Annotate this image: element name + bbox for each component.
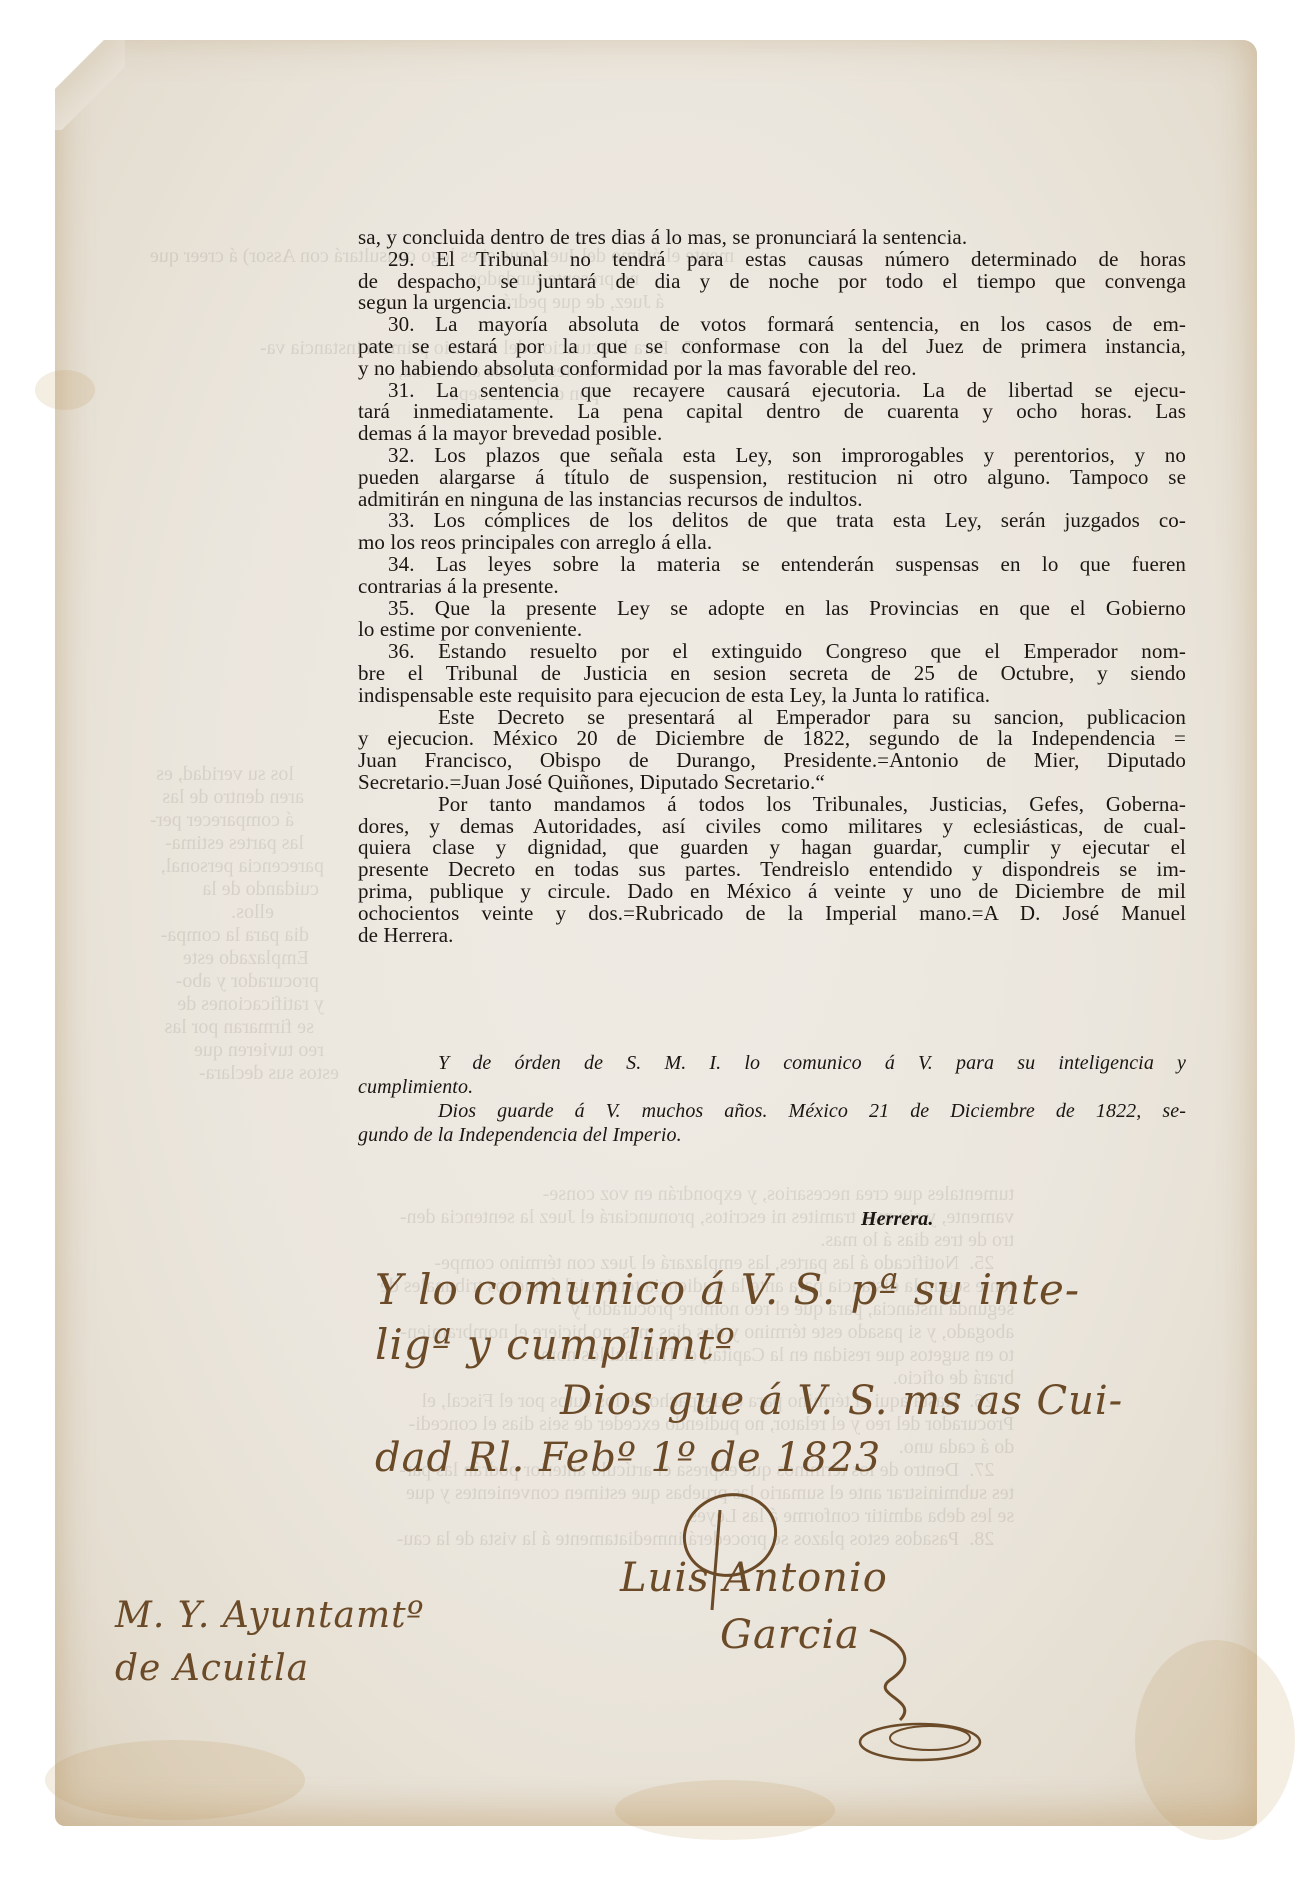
printed-line: mo los reos principales con arreglo á el… [358, 531, 1186, 553]
italic-line: Y de órden de S. M. I. lo comunico á V. … [438, 1052, 1186, 1074]
printed-line: tará inmediatamente. La pena capital den… [358, 400, 1186, 422]
printed-line: lo estime por conveniente. [358, 618, 1186, 640]
printed-line: 35. Que la presente Ley se adopte en las… [388, 597, 1186, 619]
printed-line: bre el Tribunal de Justicia en sesion se… [358, 662, 1186, 684]
printed-line: 29. El Tribunal no tendrá para estas cau… [388, 248, 1186, 270]
printed-line: dores, y demas Autoridades, así civiles … [358, 815, 1186, 837]
paper-stain [1135, 1640, 1295, 1840]
printed-line: pueden alargarse á título de suspension,… [358, 466, 1186, 488]
printed-line: 33. Los cómplices de los delitos de que … [388, 509, 1186, 531]
printed-line: Este Decreto se presentará al Emperador … [438, 706, 1186, 728]
printed-line: 32. Los plazos que señala esta Ley, son … [388, 444, 1186, 466]
paper-stain [35, 370, 95, 410]
printed-line: Juan Francisco, Obispo de Durango, Presi… [358, 749, 1186, 771]
manuscript-date-line: dad Rl. Febº 1º de 1823 [375, 1435, 881, 1481]
italic-line: gundo de la Independencia del Imperio. [358, 1124, 1186, 1146]
printed-line: y no habiendo absoluta conformidad por l… [358, 357, 1186, 379]
printed-line: quiera clase y dignidad, que guarden y h… [358, 836, 1186, 858]
manuscript-line-2: ligª y cumplimtº [375, 1320, 736, 1369]
italic-line: cumplimiento. [358, 1076, 1186, 1098]
printed-line: demas á la mayor brevedad posible. [358, 422, 1186, 444]
printed-line: de Herrera. [358, 924, 1186, 946]
addressee-line-1: M. Y. Ayuntamtº [115, 1595, 424, 1636]
printed-line: prima, publique y circule. Dado en Méxic… [358, 880, 1186, 902]
printed-line: sa, y concluida dentro de tres dias á lo… [358, 226, 1186, 248]
paper-stain [615, 1780, 835, 1840]
printed-line: Por tanto mandamos á todos los Tribunale… [438, 793, 1186, 815]
printed-line: 31. La sentencia que recayere causará ej… [388, 379, 1186, 401]
printed-line: Secretario.=Juan José Quiñones, Diputado… [358, 771, 1186, 793]
printed-line: de despacho, se juntará de dia y de noch… [358, 270, 1186, 292]
signature-rubric-icon [830, 1620, 1010, 1770]
printed-line: presente Decreto en todas sus partes. Te… [358, 858, 1186, 880]
manuscript-line-3: Dios gue á V. S. ms as Cui- [560, 1378, 1123, 1424]
printed-line: indispensable este requisito para ejecuc… [358, 684, 1186, 706]
addressee-line-2: de Acuitla [115, 1648, 309, 1689]
printed-line: pate se estará por la que se conformase … [358, 335, 1186, 357]
printed-line: 30. La mayoría absoluta de votos formará… [388, 313, 1186, 335]
printed-line: 34. Las leyes sobre la materia se entend… [388, 553, 1186, 575]
signature-first-name: Luis Antonio [620, 1555, 888, 1601]
folded-corner [55, 40, 125, 130]
printed-signature-herrera: Herrera. [861, 1208, 933, 1230]
printed-line: ochocientos veinte y dos.=Rubricado de l… [358, 902, 1186, 924]
paper-stain [45, 1740, 305, 1820]
printed-line: segun la urgencia. [358, 291, 1186, 313]
printed-line: admitirán en ninguna de las instancias r… [358, 488, 1186, 510]
printed-line: contrarias á la presente. [358, 575, 1186, 597]
printed-line: 36. Estando resuelto por el extinguido C… [388, 640, 1186, 662]
manuscript-line-1: Y lo comunico á V. S. pª su inte- [375, 1265, 1080, 1314]
italic-line: Dios guarde á V. muchos años. México 21 … [438, 1100, 1186, 1122]
printed-line: y ejecucion. México 20 de Diciembre de 1… [358, 727, 1186, 749]
